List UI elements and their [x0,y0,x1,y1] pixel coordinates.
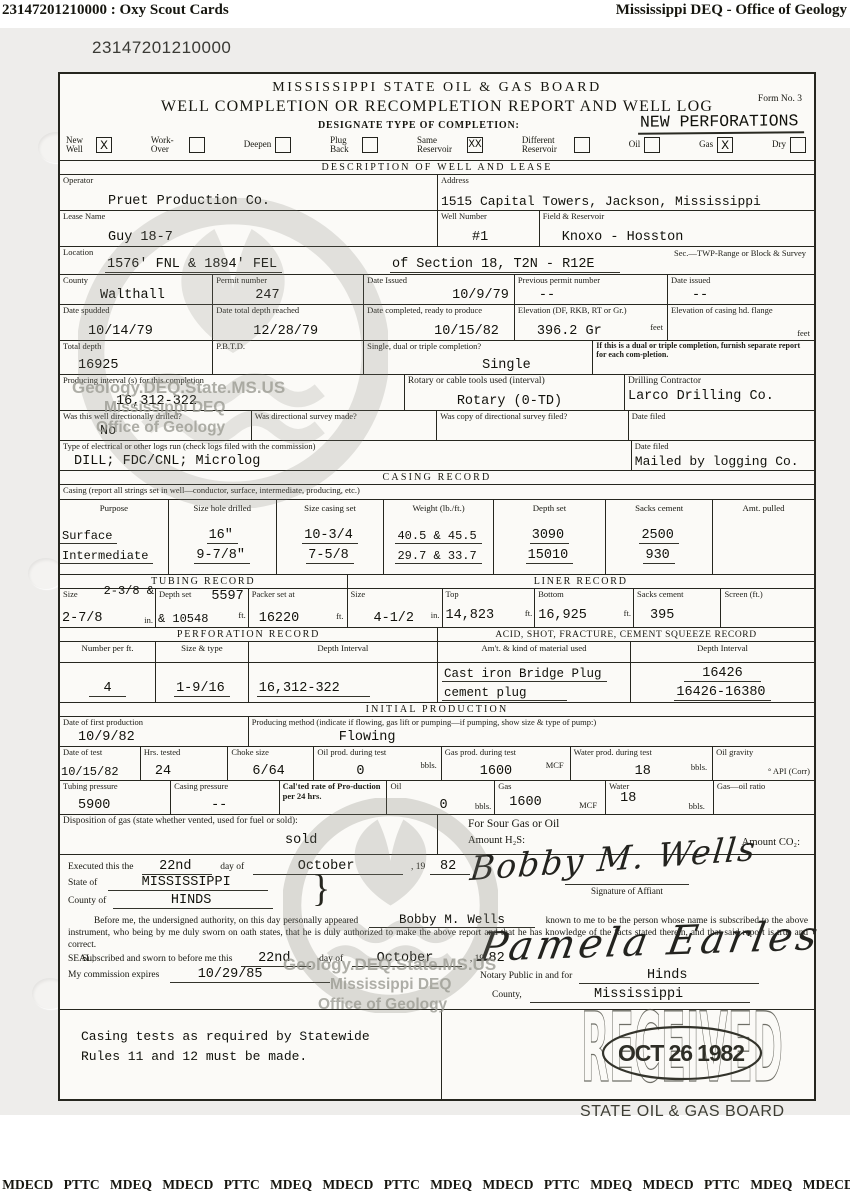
tubing-depth-handwritten: 5597 [211,589,243,604]
field-previous-permit: Previous permit number-- [514,275,667,304]
perf-size-value: 1-9/16 [174,681,230,697]
seal-label: SEAL, [68,954,94,964]
section-description-header: DESCRIPTION OF WELL AND LEASE [60,160,814,174]
field-liner-screen: Screen (ft.) [720,589,813,627]
field-casing-flange-elevation: Elevation of casing hd. flangefeet [667,305,814,340]
field-directional-survey-filed: Was copy of directional survey filed? [436,411,628,440]
different-reservoir-checkbox [574,137,590,153]
completion-type-deepen: Deepen [244,137,291,153]
casing-col-weight: Weight (lb./ft.) 40.5 & 45.5 29.7 & 33.7 [383,500,492,574]
date-completed-value: 10/15/82 [434,324,499,339]
field-single-dual-triple: Single, dual or triple completion?Single [363,341,592,374]
oil-gravity-unit: ° API (Corr) [768,766,810,776]
field-previous-date-issued: Date issued-- [667,275,814,304]
casing-cell: 9-7/8" [169,544,276,564]
field-drilling-contractor: Drilling ContractorLarco Drilling Co. [624,375,814,410]
section-acid-header: ACID, SHOT, FRACTURE, CEMENT SQUEEZE REC… [437,628,814,641]
sour-gas-title: For Sour Gas or Oil [468,816,811,830]
field-gas-prod-test: Gas prod. during test1600MCF [441,747,570,780]
field-logs-date-filed: Date filedMailed by logging Co. [631,441,814,470]
field-casing-pressure: Casing pressure-- [170,781,279,814]
workover-checkbox [189,137,205,153]
field-producing-method: Producing method (indicate if flowing, g… [248,717,814,746]
field-elevation: Elevation (DF, RKB, RT or Gr.)396.2 Grfe… [514,305,667,340]
survey-label: Sec.—TWP-Range or Block & Survey [674,249,806,259]
mdeq-logo-watermark [78,198,388,508]
section-initial-production-header: INITIAL PRODUCTION [60,702,814,716]
liner-sacks-value: 395 [650,608,674,623]
field-field-reservoir: Field & ReservoirKnoxo - Hosston [539,211,814,246]
viewer-header: 23147201210000 : Oxy Scout Cards Mississ… [0,0,850,28]
completion-type-gas: GasX [699,137,733,153]
field-liner-size: Size4-1/2in. [347,589,442,627]
oil-checkbox [644,137,660,153]
acid-material-1: Cast iron Bridge Plug [442,667,607,682]
casing-col-hole-size: Size hole drilled 16" 9-7/8" [168,500,276,574]
field-directional-date-filed: Date filed [628,411,814,440]
casing-flange-unit: feet [797,328,810,338]
dual-completion-note: If this is a dual or triple completion, … [592,341,814,374]
field-choke-size: Choke size6/64 [227,747,313,780]
acid-interval-2: 16426-16380 [674,685,770,701]
state-value: MISSISSIPPI [108,875,268,891]
casing-cell: 2500 [606,524,712,544]
casing-cell: 15010 [494,544,605,564]
casing-pressure-value: -- [211,798,227,813]
document-number: 23147201210000 [92,38,231,58]
casing-col-depth-set: Depth set 3090 15010 [493,500,605,574]
oil-prod-test-value: 0 [356,764,364,779]
liner-bottom-value: 16,925 [538,608,587,623]
location-value-2: of Section 18, T2N - R12E [390,257,620,273]
casing-cell: Intermediate [60,544,168,564]
casing-col-sacks: Sacks cement 2500 930 [605,500,712,574]
casing-cell: 29.7 & 33.7 [384,544,492,564]
gas-checkbox: X [717,137,733,153]
form-number: Form No. 3 [758,94,802,104]
section-perforation-header: PERFORATION RECORD [60,628,437,641]
casing-tests-note-box: Casing tests as required by Statewide Ru… [60,1010,441,1099]
casing-tests-note: Casing tests as required by Statewide Ru… [81,1027,438,1066]
completion-type-checkbox-row: New WellX Work-Over Deepen Plug Back Sam… [66,130,806,160]
completion-type-new-well: New WellX [66,136,112,155]
field-tubing-pressure: Tubing pressure5900 [60,781,170,814]
scanned-page: 23147201210000 Geology.DEQ.State.MS.US M… [0,28,850,1115]
choke-size-value: 6/64 [252,764,284,779]
casing-cell: 16" [169,524,276,544]
field-tubing-depth-set: Depth set5597& 10548ft. [155,589,248,627]
completion-type-plug-back: Plug Back [330,136,378,155]
single-dual-triple-value: Single [482,358,531,373]
field-acid-material: Am't. & kind of material used Cast iron … [437,642,630,702]
received-stamp: RECEIVED OCT 26 1982 STATE OIL & GAS BOA… [578,969,790,1121]
field-address: Address1515 Capital Towers, Jackson, Mis… [437,175,814,210]
perf-number-value: 4 [89,681,125,697]
tubing-size-handwritten: 2-3/8 & [104,584,154,598]
executed-day-value: 22nd [142,859,212,875]
field-perf-size-type: Size & type 1-9/16 [155,642,248,702]
viewer-header-left: 23147201210000 : Oxy Scout Cards [2,2,229,19]
field-perf-number-per-ft: Number per ft. 4 [60,642,155,702]
packer-set-value: 16220 [259,611,300,626]
field-first-production: Date of first production10/9/82 [60,717,248,746]
casing-cell: 10-3/4 [277,524,384,544]
elevation-value: 396.2 Gr [537,324,602,339]
field-liner-top: Top14,823ft. [442,589,535,627]
field-rate-water: Water18bbls. [605,781,713,814]
new-well-checkbox: X [96,137,112,153]
form-title-line1: MISSISSIPPI STATE OIL & GAS BOARD [60,74,814,96]
casing-table: Purpose Surface Intermediate Size hole d… [60,499,814,574]
field-tools-used: Rotary or cable tools used (interval)Rot… [404,375,624,410]
field-well-number: Well Number#1 [437,211,539,246]
casing-cell: 930 [606,544,712,564]
completion-type-same-reservoir: Same ReservoirXX [417,136,483,155]
address-value: 1515 Capital Towers, Jackson, Mississipp… [441,194,761,209]
tools-used-value: Rotary (0-TD) [457,394,562,409]
plug-back-checkbox [362,137,378,153]
field-reservoir-value: Knoxo - Hosston [562,230,684,245]
viewer-header-right: Mississippi DEQ - Office of Geology [616,2,847,19]
logs-date-filed-value: Mailed by logging Co. [635,454,799,469]
casing-col-casing-size: Size casing set 10-3/4 7-5/8 [276,500,384,574]
completion-type-workover: Work-Over [151,136,205,155]
casing-cell: Surface [60,524,168,544]
mdeq-logo-watermark [283,798,498,1013]
tubing-size-value: 2-7/8 [62,611,103,626]
previous-permit-value: -- [539,288,555,303]
hrs-tested-value: 24 [155,764,171,779]
elevation-unit: feet [650,322,663,332]
casing-col-amt-pulled: Amt. pulled [712,500,814,574]
field-water-prod-test: Water prod. during test18bbls. [570,747,713,780]
same-reservoir-checkbox: XX [467,137,483,153]
field-liner-sacks-cement: Sacks cement395 [633,589,720,627]
viewer-footer: MDEQ MDECD PTTC MDEQ MDECD PTTC MDEQ MDE… [0,1173,850,1193]
field-gas-oil-ratio: Gas—oil ratio [713,781,814,814]
gas-prod-test-value: 1600 [480,764,512,779]
field-hrs-tested: Hrs. tested24 [140,747,227,780]
perf-interval-value: 16,312-322 [257,681,370,697]
casing-cell: 7-5/8 [277,544,384,564]
date-issued-value: 10/9/79 [452,288,509,303]
completion-type-dry: Dry [772,137,806,153]
field-rate-gas: Gas1600MCF [494,781,605,814]
state-line: State of MISSISSIPPI [68,875,268,891]
field-packer-set-at: Packer set at16220ft. [248,589,347,627]
completion-type-different-reservoir: Different Reservoir [522,136,590,155]
deepen-checkbox [275,137,291,153]
casing-cell: 3090 [494,524,605,544]
water-prod-test-value: 18 [635,764,651,779]
stamp-agency: STATE OIL & GAS BOARD [580,1103,784,1120]
producing-method-value: Flowing [339,730,396,745]
test-date-value: 10/15/82 [61,765,119,779]
tubing-pressure-value: 5900 [78,798,110,813]
county-line: County of HINDS [68,893,273,909]
tubing-depth-value: & 10548 [158,612,208,626]
signature-caption: Signature of Affiant [565,884,689,896]
field-test-date: Date of test10/15/82 [60,747,140,780]
field-acid-depth-interval: Depth Interval 16426 16426-16380 [630,642,814,702]
drilling-contractor-value: Larco Drilling Co. [628,389,774,404]
field-oil-prod-test: Oil prod. during test0bbls. [313,747,440,780]
casing-col-purpose: Purpose Surface Intermediate [60,500,168,574]
liner-size-value: 4-1/2 [374,611,415,626]
rate-gas-value: 1600 [509,795,541,810]
section-liner-header: LINER RECORD [347,575,814,588]
field-liner-bottom: Bottom16,925ft. [534,589,633,627]
field-oil-gravity: Oil gravity° API (Corr) [712,747,814,780]
stamp-date: OCT 26 1982 [618,1040,746,1066]
field-tubing-size: Size2-3/8 &2-7/8in. [60,589,155,627]
rate-water-value: 18 [620,791,636,806]
affidavit-county-value: HINDS [113,893,273,909]
casing-cell: 40.5 & 45.5 [384,524,492,544]
previous-date-issued-value: -- [692,288,708,303]
well-number-value: #1 [472,230,488,245]
first-production-value: 10/9/82 [78,730,135,745]
dry-checkbox [790,137,806,153]
completion-type-oil: Oil [629,137,661,153]
viewer-footer-line: MDEQ MDECD PTTC MDEQ MDECD PTTC MDEQ MDE… [0,1177,850,1193]
liner-top-value: 14,823 [446,608,495,623]
field-perf-depth-interval: Depth Interval 16,312-322 [248,642,437,702]
acid-material-2: cement plug [442,686,567,701]
form-title-block: MISSISSIPPI STATE OIL & GAS BOARD WELL C… [60,74,814,160]
acid-interval-1: 16426 [684,666,761,682]
